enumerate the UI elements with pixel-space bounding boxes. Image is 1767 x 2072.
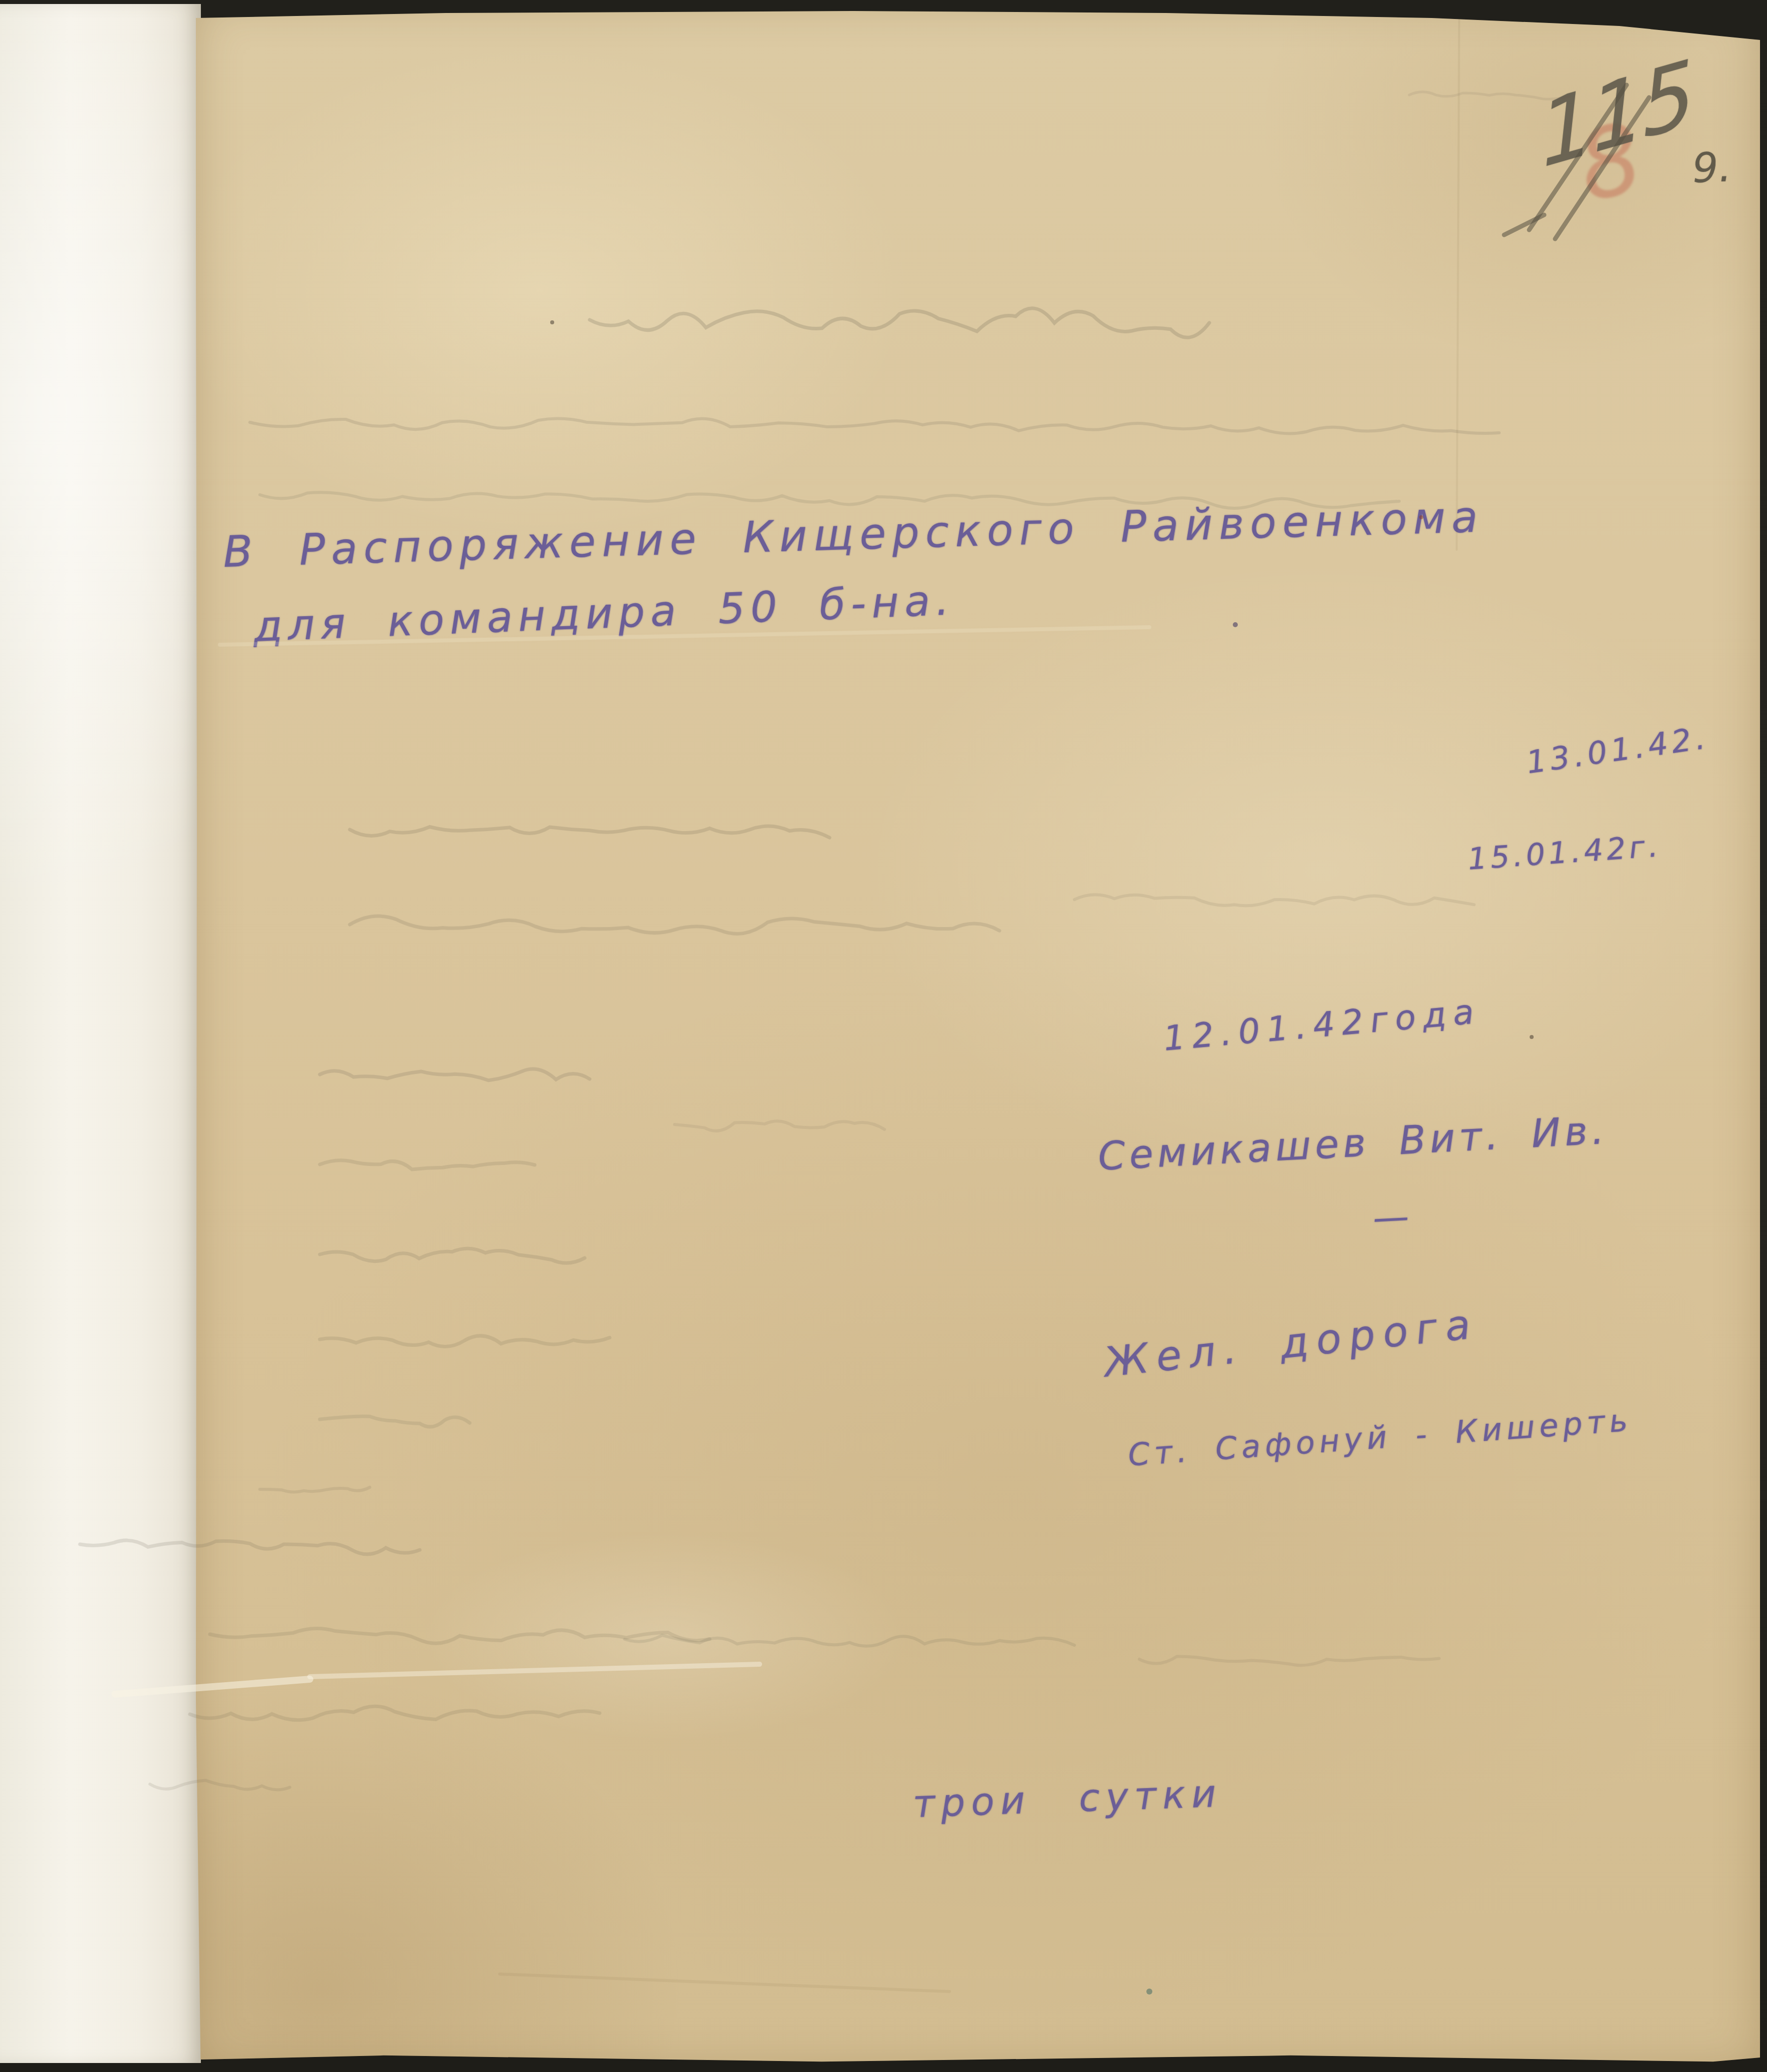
scanned-document: 8 115 9. В Распоряжение Кищерского Райво… [0, 0, 1767, 2072]
backing-page-edge [0, 4, 201, 2063]
document-page [196, 0, 1760, 2072]
